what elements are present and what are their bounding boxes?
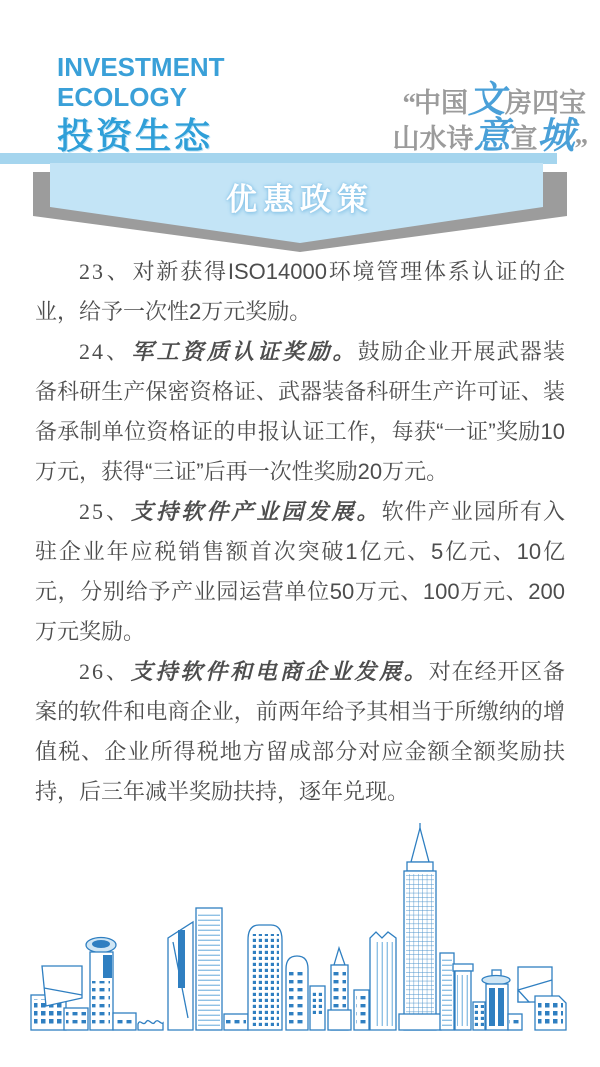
slogan-line2: 山水诗意宣城” <box>393 120 587 156</box>
policy-paragraph-23: 23、对新获得ISO14000环境管理体系认证的企业，给予一次性2万元奖励。 <box>35 252 565 332</box>
page-title-en-line2: ECOLOGY <box>57 82 225 112</box>
slogan-text-blue: 城 <box>538 116 575 157</box>
policy-paragraph-25: 25、支持软件产业园发展。软件产业园所有入驻企业年应税销售额首次突破1亿元、5亿… <box>35 492 565 652</box>
policy-heading: 支持软件和电商企业发展。 <box>131 659 429 684</box>
slogan-line1: “中国文房四宝 <box>393 84 587 120</box>
policy-heading: 军工资质认证奖励。 <box>131 339 357 364</box>
policy-text-block: 23、对新获得ISO14000环境管理体系认证的企业，给予一次性2万元奖励。 2… <box>35 252 565 812</box>
city-skyline-svg <box>0 818 600 1050</box>
slogan-text-blue: 意 <box>474 116 511 157</box>
slogan: “中国文房四宝 山水诗意宣城” <box>393 84 587 156</box>
policy-paragraph-24: 24、军工资质认证奖励。鼓励企业开展武器装备科研生产保密资格证、武器装备科研生产… <box>35 332 565 492</box>
banner-title: 优惠政策 <box>0 174 600 219</box>
slogan-open-quote: “ <box>403 88 415 118</box>
policy-paragraph-26: 26、支持软件和电商企业发展。对在经开区备案的软件和电商企业，前两年给予其相当于… <box>35 652 565 812</box>
policy-number: 23、 <box>79 259 133 284</box>
slogan-text: 宣 <box>511 124 538 154</box>
city-skyline-illustration <box>0 818 600 1050</box>
policy-number: 25、 <box>79 499 131 524</box>
brochure-page: { "header": { "title_en_line1": "INVESTM… <box>0 0 600 1067</box>
policy-number: 26、 <box>79 659 131 684</box>
slogan-close-quote: ” <box>575 132 587 165</box>
policy-number: 24、 <box>79 339 131 364</box>
policy-heading: 支持软件产业园发展。 <box>131 499 382 524</box>
page-title-en: INVESTMENT ECOLOGY <box>57 52 225 112</box>
slogan-text-blue: 文 <box>468 80 505 121</box>
page-title-cn: 投资生态 <box>57 116 225 156</box>
page-title-block: INVESTMENT ECOLOGY 投资生态 <box>57 52 225 156</box>
page-title-en-line1: INVESTMENT <box>57 52 225 82</box>
slogan-text: 房四宝 <box>505 88 586 118</box>
slogan-text: 山水诗 <box>393 124 474 154</box>
slogan-text: 中国 <box>414 88 468 118</box>
